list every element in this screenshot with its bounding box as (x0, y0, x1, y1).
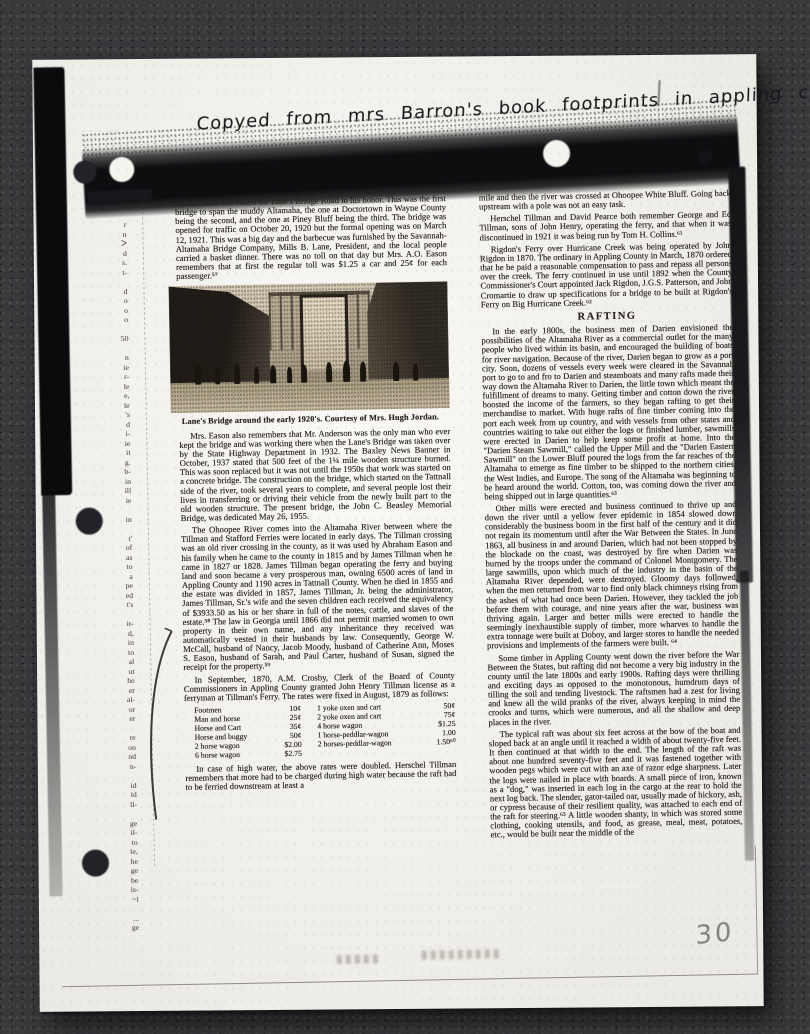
rate-price-value: 10¢ (289, 704, 301, 713)
copied-page-bottom-edge-line (62, 973, 758, 987)
margin-fragment: ge (112, 866, 138, 876)
paragraph-white-bluff: mile and then the river was crossed at O… (479, 189, 731, 212)
margin-fragment: le (104, 400, 130, 410)
photo-grain-overlay (168, 281, 449, 413)
margin-fragment: ie (103, 362, 129, 372)
margin-fragment: in (106, 514, 132, 524)
margin-fragment (109, 723, 135, 733)
ghost-ink-smudge (337, 954, 379, 964)
rates-table-right-group: 1 yoke oxen and cart50¢2 yoke oxen and c… (317, 701, 456, 758)
paragraph-lanes-bridge: and the road was called the Lane's Bridg… (175, 194, 447, 281)
rate-price-value: 75¢ (444, 710, 456, 719)
paragraph-mrs-eason: Mrs. Eason also remembers that Mr. Ander… (179, 427, 452, 524)
margin-fragment: ... (113, 913, 139, 923)
page-content: Copyed from mrs Barron's book footprints… (27, 50, 768, 1015)
rate-row: 6 horse wagon$2.75 (195, 749, 302, 760)
rate-price-value: 50¢ (444, 701, 456, 710)
margin-fragment: in (108, 638, 134, 648)
margin-fragment (106, 524, 132, 534)
margin-fragment: ed (107, 590, 133, 600)
margin-fragment: r (100, 220, 126, 230)
margin-fragment: er (109, 714, 135, 724)
margin-fragment: ll- (111, 799, 137, 809)
margin-fragment (101, 277, 127, 287)
margin-fragment: or (109, 704, 135, 714)
margin-fragment: ge (111, 818, 137, 828)
margin-fragment: il- (111, 828, 137, 838)
margin-fragment: g. (105, 457, 131, 467)
paragraph-appling-timber: Some timber in Appling County went down … (487, 649, 740, 727)
margin-fragment: ut (108, 666, 134, 676)
margin-fragment: ᐳ (101, 239, 127, 249)
margin-fragment: to (112, 837, 138, 847)
margin-fragment: t- (101, 267, 127, 277)
margin-fragment (105, 505, 131, 515)
lanes-bridge-photo (168, 281, 449, 413)
rate-price-value: 25¢ (290, 713, 302, 722)
paragraph-high-water: In case of high water, the above rates w… (185, 760, 456, 792)
margin-fragment (113, 904, 139, 914)
margin-fragment: 's (104, 410, 130, 420)
margin-fragment: a (107, 571, 133, 581)
margin-fragment: o (102, 315, 128, 325)
margin-fragment: he (112, 856, 138, 866)
margin-fragment: pe (107, 581, 133, 591)
margin-fragment (102, 324, 128, 334)
margin-fragment: ill (105, 486, 131, 496)
margin-fragment: r- (103, 372, 129, 382)
rate-item-label: 2 horses-peddlar-wagon (318, 738, 392, 748)
margin-fragment: ~l (113, 894, 139, 904)
photo-block: Lane's Bridge around the early 1920's. C… (168, 281, 450, 426)
margin-fragment: n- (110, 761, 136, 771)
margin-fragment: on (110, 742, 136, 752)
margin-fragment: t's (107, 600, 133, 610)
margin-fragment: id (110, 780, 136, 790)
margin-fragment: i- (104, 429, 130, 439)
right-column: mile and then the river was crossed at O… (479, 189, 743, 843)
paragraph-rigdons-ferry: Rigdon's Ferry over Hurricane Creek was … (480, 241, 733, 310)
paragraph-typical-raft: The typical raft was about six feet acro… (489, 726, 743, 840)
rate-row: 2 horses-peddlar-wagon1.50⁶⁰ (318, 737, 456, 749)
margin-fragment: o (102, 305, 128, 315)
copied-page-right-edge-line (755, 845, 758, 974)
margin-fragment: he (109, 676, 135, 686)
handwritten-margin-bracket (141, 627, 181, 828)
margin-fragment: al- (109, 695, 135, 705)
paragraph-ferry-license: In September, 1870, A.M. Crosby, Clerk o… (184, 671, 455, 703)
paragraph-darien-early-1800s: In the early 1800s, the business men of … (481, 323, 736, 502)
margin-fragment: al (108, 657, 134, 667)
margin-fragment: to (106, 562, 132, 572)
margin-fragment: to (108, 647, 134, 657)
margin-fragment: it (104, 448, 130, 458)
margin-fragment: 50 (102, 334, 128, 344)
rate-price-value: 1.50⁶⁰ (437, 737, 456, 746)
margin-fragment: d (101, 286, 127, 296)
photocopy-left-edge-fade (42, 488, 62, 896)
margin-fragment (102, 343, 128, 353)
margin-fragment: nd (110, 752, 136, 762)
paragraph-other-mills: Other mills were erected and business co… (484, 500, 739, 651)
left-column: and the road was called the Lane's Bridg… (175, 194, 458, 848)
margin-letter-fragments: rnᐳds.t-dooo50nier-lee,le'sdi-ieitg.b-in… (100, 220, 139, 933)
margin-fragment: d (101, 248, 127, 258)
margin-fragment: le (103, 381, 129, 391)
handwritten-page-number: 30 (696, 917, 735, 951)
article-columns: and the road was called the Lane's Bridg… (175, 189, 743, 849)
margin-fragment: er (109, 685, 135, 695)
margin-fragment: as (106, 552, 132, 562)
margin-fragment: s. (101, 258, 127, 268)
rate-price-value: 1.00 (442, 728, 456, 737)
margin-fragment (107, 609, 133, 619)
rate-price-value: $1.25 (438, 719, 455, 728)
margin-fragment: in (105, 476, 131, 486)
margin-fragment: b- (105, 467, 131, 477)
rate-price-value: $2.75 (284, 749, 301, 758)
rate-item-label: 6 horse wagon (195, 750, 240, 760)
margin-fragment: ie (104, 438, 130, 448)
margin-fragment: re (110, 733, 136, 743)
rates-table-left-group: Footmen10¢Man and horse25¢Horse and Cart… (194, 704, 302, 760)
paragraph-tillman-ferry-memories: Herschel Tillman and David Pearce both r… (479, 210, 731, 242)
margin-fragment: ie (105, 495, 131, 505)
margin-fragment: t' (106, 533, 132, 543)
rafting-section-heading: RAFTING (481, 310, 733, 324)
margin-fragment (111, 809, 137, 819)
margin-fragment: be (112, 875, 138, 885)
rate-price-value: 50¢ (290, 731, 302, 740)
margin-fragment: e, (103, 391, 129, 401)
margin-fragment: n (100, 229, 126, 239)
margin-fragment (110, 771, 136, 781)
margin-fragment: of (106, 543, 132, 553)
photo-caption: Lane's Bridge around the early 1920's. C… (171, 412, 450, 426)
ghost-ink-smudge (422, 949, 500, 959)
margin-fragment: o (102, 296, 128, 306)
paragraph-ohoopee-river: The Ohoopee River comes into the Altamah… (181, 521, 455, 672)
rate-price-value: $2.00 (284, 740, 301, 749)
photocopy-left-edge-bar (33, 67, 72, 495)
punch-hole-bottom (82, 849, 109, 876)
margin-fragment: is- (112, 885, 138, 895)
margin-fragment: d, (108, 628, 134, 638)
margin-fragment: ge (113, 923, 139, 933)
ferry-rates-table: Footmen10¢Man and horse25¢Horse and Cart… (194, 701, 456, 760)
rate-price-value: 35¢ (290, 722, 302, 731)
margin-fragment: id (111, 790, 137, 800)
margin-fragment: n (103, 353, 129, 363)
margin-fragment: d (104, 419, 130, 429)
photocopied-page: Copyed from mrs Barron's book footprints… (32, 54, 763, 1012)
margin-fragment: ir- (108, 619, 134, 629)
margin-fragment: le, (112, 847, 138, 857)
punch-hole-middle (75, 507, 102, 534)
